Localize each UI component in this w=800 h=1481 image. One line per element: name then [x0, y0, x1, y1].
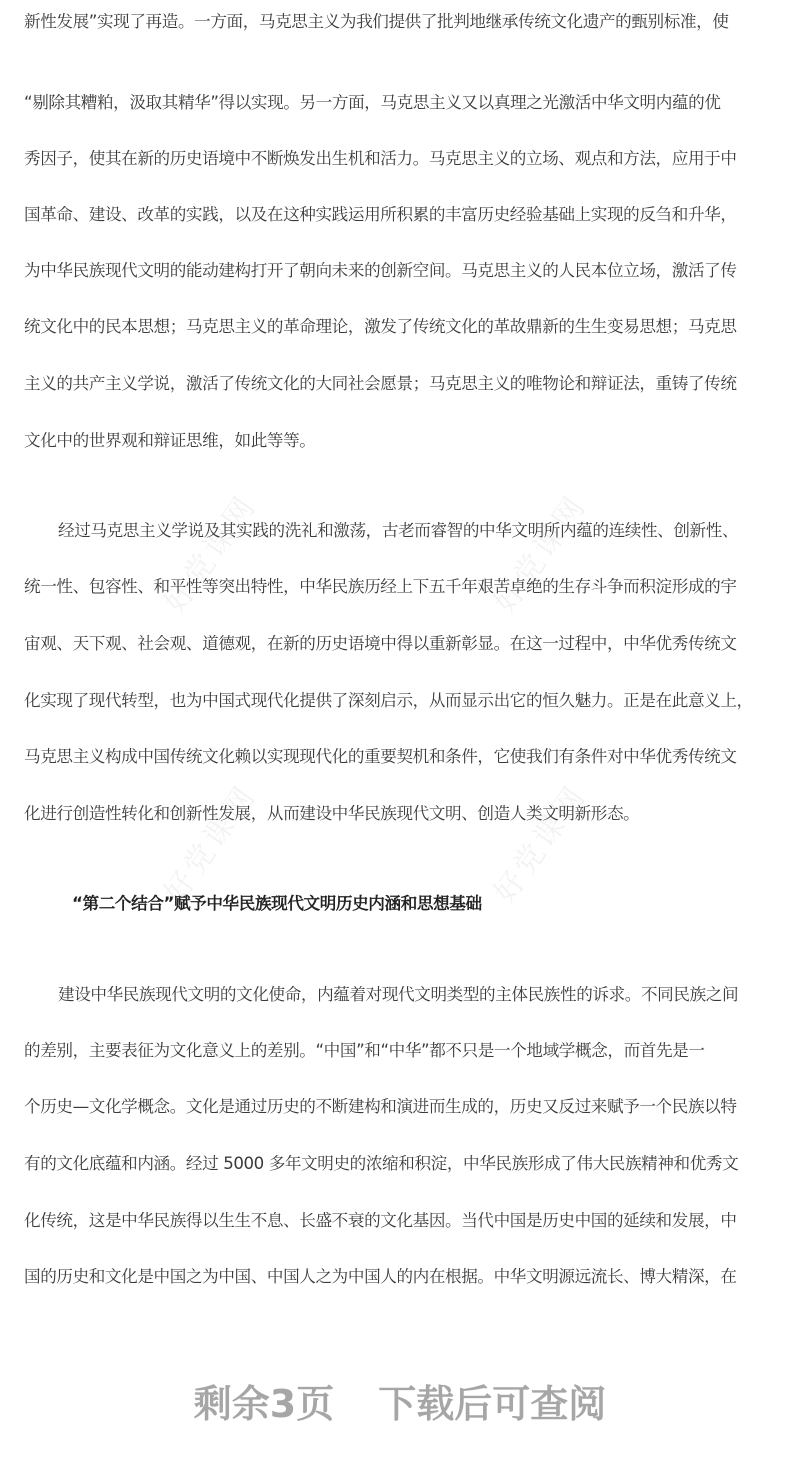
- text-line: 国革命、建设、改革的实践，以及在这种实践运用所积累的丰富历史经验基础上实现的反刍…: [24, 204, 784, 226]
- download-to-view-label[interactable]: 下载后可查阅: [378, 1382, 606, 1426]
- text-line: 有的文化底蕴和内涵。经过 5000 多年文明史的浓缩和积淀，中华民族形成了伟大民…: [24, 1153, 784, 1175]
- text-line: 统文化中的民本思想；马克思主义的革命理论，激发了传统文化的革故鼎新的生生变易思想…: [24, 316, 784, 338]
- text-line: 新性发展”实现了再造。一方面，马克思主义为我们提供了批判地继承传统文化遗产的甄别…: [24, 11, 784, 33]
- text-line: 个历史—文化学概念。文化是通过历史的不断建构和演进而生成的，历史又反过来赋予一个…: [24, 1096, 784, 1118]
- text-line: 主义的共产主义学说，激活了传统文化的大同社会愿景；马克思主义的唯物论和辩证法，重…: [24, 373, 784, 395]
- text-line: 文化中的世界观和辩证思维，如此等等。: [24, 430, 784, 452]
- text-line: 为中华民族现代文明的能动建构打开了朝向未来的创新空间。马克思主义的人民本位立场，…: [24, 260, 784, 282]
- text-line: 国的历史和文化是中国之为中国、中国人之为中国人的内在根据。中华文明源远流长、博大…: [24, 1266, 784, 1288]
- watermark: 好党课网: [151, 774, 265, 911]
- text-line: 经过马克思主义学说及其实践的洗礼和激荡，古老而睿智的中华文明所内蕴的连续性、创新…: [58, 520, 784, 542]
- watermark: 好党课网: [151, 484, 265, 621]
- text-line: 宙观、天下观、社会观、道德观，在新的历史语境中得以重新彰显。在这一过程中，中华优…: [24, 633, 784, 655]
- text-line: “剔除其糟粕，汲取其精华”得以实现。另一方面，马克思主义又以真理之光激活中华文明…: [24, 92, 784, 114]
- text-line: 的差别，主要表征为文化意义上的差别。“中国”和“中华”都不只是一个地域学概念，而…: [24, 1040, 784, 1062]
- text-line: 化传统，这是中华民族得以生生不息、长盛不衰的文化基因。当代中国是历史中国的延续和…: [24, 1210, 784, 1232]
- section-heading: “第二个结合”赋予中华民族现代文明历史内涵和思想基础: [72, 893, 482, 915]
- watermark: 好党课网: [481, 774, 595, 911]
- text-line: 马克思主义构成中国传统文化赖以实现现代化的重要契机和条件，它使我们有条件对中华优…: [24, 746, 784, 768]
- text-line: 统一性、包容性、和平性等突出特性，中华民族历经上下五千年艰苦卓绝的生存斗争而积淀…: [24, 576, 784, 598]
- text-line: 秀因子，使其在新的历史语境中不断焕发出生机和活力。马克思主义的立场、观点和方法，…: [24, 148, 784, 170]
- remaining-pages-label: 剩余3页: [194, 1382, 334, 1426]
- text-line: 化实现了现代转型，也为中国式现代化提供了深刻启示，从而显示出它的恒久魅力。正是在…: [24, 690, 784, 712]
- text-line: 化进行创造性转化和创新性发展，从而建设中华民族现代文明、创造人类文明新形态。: [24, 803, 784, 825]
- text-line: 建设中华民族现代文明的文化使命，内蕴着对现代文明类型的主体民族性的诉求。不同民族…: [58, 984, 784, 1006]
- document-page: 好党课网 好党课网 好党课网 好党课网 新性发展”实现了再造。一方面，马克思主义…: [0, 0, 800, 1481]
- watermark: 好党课网: [481, 484, 595, 621]
- download-prompt-banner[interactable]: 剩余3页下载后可查阅: [0, 1380, 800, 1428]
